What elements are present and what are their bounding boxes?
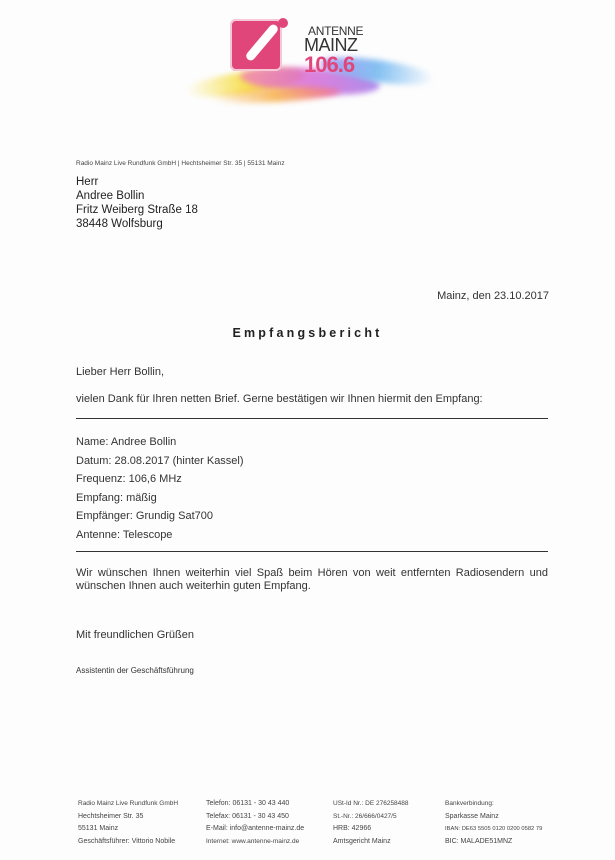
footer-email: E-Mail: info@antenne-mainz.de (206, 823, 304, 836)
antenne-mainz-logo: ANTENNE MAINZ 106.6 (180, 10, 440, 120)
footer-vat-id: USt-Id Nr.: DE 276258488 (333, 798, 409, 811)
footer-registration: USt-Id Nr.: DE 276258488 St.-Nr.: 26/666… (333, 798, 409, 848)
footer-iban: IBAN: DE63 5505 0120 0200 0582 79 (445, 823, 542, 836)
detail-reception: Empfang: mäßig (76, 489, 244, 508)
footer-company-city: 55131 Mainz (78, 823, 178, 836)
footer-bank: Bankverbindung: Sparkasse Mainz IBAN: DE… (445, 798, 542, 848)
detail-date: Datum: 28.08.2017 (hinter Kassel) (76, 452, 244, 471)
detail-receiver: Empfänger: Grundig Sat700 (76, 507, 244, 526)
footer-website: Internet: www.antenne-mainz.de (206, 836, 304, 849)
footer-phone: Telefon: 06131 - 30 43 440 (206, 798, 304, 811)
detail-frequency: Frequenz: 106,6 MHz (76, 470, 244, 489)
footer-tax-number: St.-Nr.: 26/666/0427/5 (333, 811, 409, 824)
regards: Mit freundlichen Grüßen (76, 629, 194, 641)
logo-dot (278, 18, 288, 28)
footer-hrb: HRB: 42966 (333, 823, 409, 836)
footer-contact: Telefon: 06131 - 30 43 440 Telefax: 0613… (206, 798, 304, 848)
reception-details: Name: Andree Bollin Datum: 28.08.2017 (h… (76, 433, 244, 545)
footer-bank-label: Bankverbindung: (445, 798, 542, 811)
sender-return-address: Radio Mainz Live Rundfunk GmbH | Hechtsh… (76, 160, 285, 167)
detail-name: Name: Andree Bollin (76, 433, 244, 452)
footer-company-street: Hechtsheimer Str. 35 (78, 811, 178, 824)
closing-paragraph: Wir wünschen Ihnen weiterhin viel Spaß b… (76, 567, 548, 593)
detail-antenna: Antenne: Telescope (76, 526, 244, 545)
divider-bottom (76, 551, 548, 552)
signer-role: Assistentin der Geschäftsführung (76, 666, 194, 675)
recipient-name: Andree Bollin (76, 189, 198, 203)
logo-text-frequency: 106.6 (304, 52, 354, 78)
footer-fax: Telefax: 06131 - 30 43 450 (206, 811, 304, 824)
recipient-street: Fritz Weiberg Straße 18 (76, 203, 198, 217)
closing-line-2: wünschen Ihnen auch weiterhin guten Empf… (76, 580, 548, 593)
greeting: Lieber Herr Bollin, (76, 366, 164, 378)
footer-company: Radio Mainz Live Rundfunk GmbH Hechtshei… (78, 798, 178, 848)
recipient-city: 38448 Wolfsburg (76, 217, 198, 231)
footer-court: Amtsgericht Mainz (333, 836, 409, 849)
intro-text: vielen Dank für Ihren netten Brief. Gern… (76, 393, 483, 405)
divider-top (76, 418, 548, 419)
closing-line-1: Wir wünschen Ihnen weiterhin viel Spaß b… (76, 567, 548, 580)
footer-bank-name: Sparkasse Mainz (445, 811, 542, 824)
footer-bic: BIC: MALADE51MNZ (445, 836, 542, 849)
recipient-address: Herr Andree Bollin Fritz Weiberg Straße … (76, 175, 198, 231)
letter-title: Empfangsbericht (0, 326, 615, 340)
letter-date: Mainz, den 23.10.2017 (437, 290, 549, 302)
footer-company-ceo: Geschäftsführer: Vittorio Nobile (78, 836, 178, 849)
recipient-salutation: Herr (76, 175, 198, 189)
footer-company-name: Radio Mainz Live Rundfunk GmbH (78, 798, 178, 811)
